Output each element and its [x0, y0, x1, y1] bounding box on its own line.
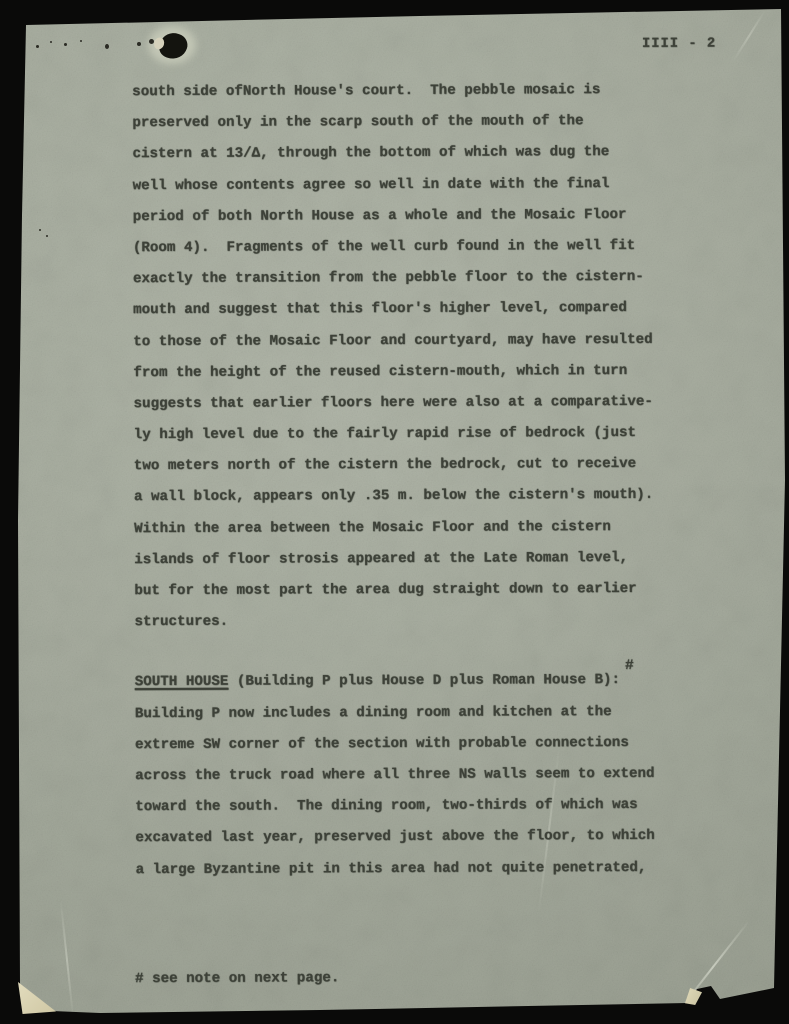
text-line: period of both North House as a whole an…	[133, 199, 693, 233]
text-line: toward the south. The dining room, two-t…	[135, 790, 695, 824]
text-line: to those of the Mosaic Floor and courtya…	[133, 324, 693, 358]
paper-sheet: IIII - 2 south side ofNorth House's cour…	[0, 0, 789, 1024]
text-line: extreme SW corner of the section with pr…	[135, 727, 695, 761]
text-line: a large Byzantine pit in this area had n…	[135, 852, 695, 886]
footnote-marker: #	[625, 658, 634, 674]
text-line: a wall block, appears only .35 m. below …	[134, 480, 694, 514]
south-house-heading-line: SOUTH HOUSE (Building P plus House D plu…	[135, 665, 695, 699]
text-line: excavated last year, preserved just abov…	[135, 821, 695, 855]
text-line: preserved only in the scarp south of the…	[132, 106, 692, 140]
text-line: (Room 4). Fragments of the well curb fou…	[133, 231, 693, 265]
paragraph-gap	[135, 636, 695, 667]
text-line: mouth and suggest that this floor's high…	[133, 293, 693, 327]
text-line: two meters north of the cistern the bedr…	[134, 449, 694, 483]
text-line: from the height of the reused cistern-mo…	[133, 355, 693, 389]
typewritten-text-layer: IIII - 2 south side ofNorth House's cour…	[0, 0, 789, 1024]
text-line: across the truck road where all three NS…	[135, 759, 695, 793]
text-line: suggests that earlier floors here were a…	[133, 387, 693, 421]
text-line: ly high level due to the fairly rapid ri…	[134, 418, 694, 452]
text-line: but for the most part the area dug strai…	[134, 574, 694, 608]
text-line: islands of floor strosis appeared at the…	[134, 543, 694, 577]
text-line: south side ofNorth House's court. The pe…	[132, 75, 692, 109]
scanned-document: IIII - 2 south side ofNorth House's cour…	[0, 0, 789, 1024]
text-line: exactly the transition from the pebble f…	[133, 262, 693, 296]
footnote: # see note on next page.	[135, 963, 339, 995]
south-house-heading-rest: (Building P plus House D plus Roman Hous…	[228, 672, 620, 690]
text-line: well whose contents agree so well in dat…	[133, 168, 693, 202]
south-house-heading: SOUTH HOUSE	[135, 674, 229, 690]
text-line: structures.	[134, 605, 694, 639]
document-body: south side ofNorth House's court. The pe…	[132, 75, 696, 886]
page-number: IIII - 2	[642, 29, 716, 61]
edge-chip	[18, 104, 24, 118]
text-line: Within the area between the Mosaic Floor…	[134, 511, 694, 545]
paragraph-south-house: Building P now includes a dining room an…	[135, 696, 696, 886]
text-line: Building P now includes a dining room an…	[135, 696, 695, 730]
paragraph-court-cistern: south side ofNorth House's court. The pe…	[132, 75, 694, 639]
text-line: cistern at 13/Δ, through the bottom of w…	[132, 137, 692, 171]
